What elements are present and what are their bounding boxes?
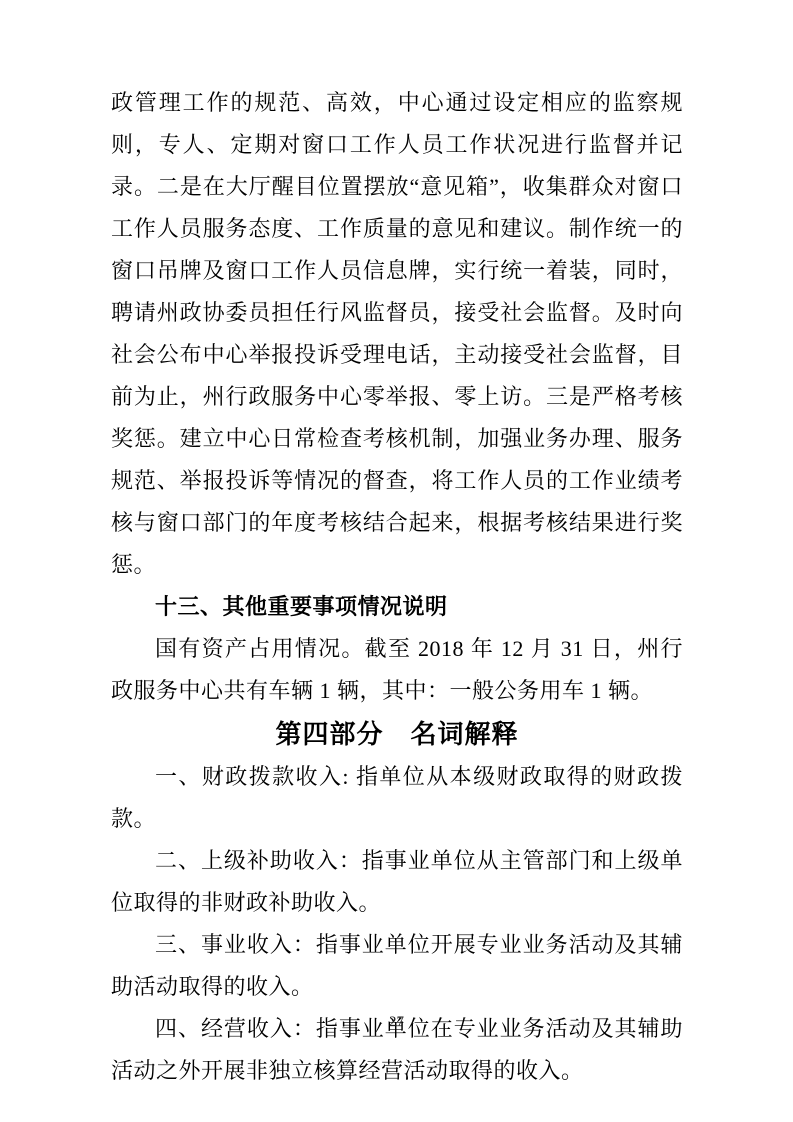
- section-heading-thirteen: 十三、其他重要事项情况说明: [111, 586, 683, 628]
- paragraph-supervision-continuation: 政管理工作的规范、高效，中心通过设定相应的监察规则，专人、定期对窗口工作人员工作…: [111, 82, 683, 586]
- term-definition-3: 三、事业收入：指事业单位开展专业业务活动及其辅助活动取得的收入。: [111, 924, 683, 1008]
- document-page: 政管理工作的规范、高效，中心通过设定相应的监察规则，专人、定期对窗口工作人员工作…: [0, 0, 793, 1122]
- paragraph-asset-usage: 国有资产占用情况。截至 2018 年 12 月 31 日，州行政服务中心共有车辆…: [111, 628, 683, 712]
- term-definition-2: 二、上级补助收入：指事业单位从主管部门和上级单位取得的非财政补助收入。: [111, 840, 683, 924]
- document-body: 政管理工作的规范、高效，中心通过设定相应的监察规则，专人、定期对窗口工作人员工作…: [111, 82, 683, 1092]
- term-definition-1: 一、财政拨款收入: 指单位从本级财政取得的财政拨款。: [111, 756, 683, 840]
- page-number: 27: [0, 1014, 793, 1031]
- part-four-title: 第四部分 名词解释: [111, 712, 683, 756]
